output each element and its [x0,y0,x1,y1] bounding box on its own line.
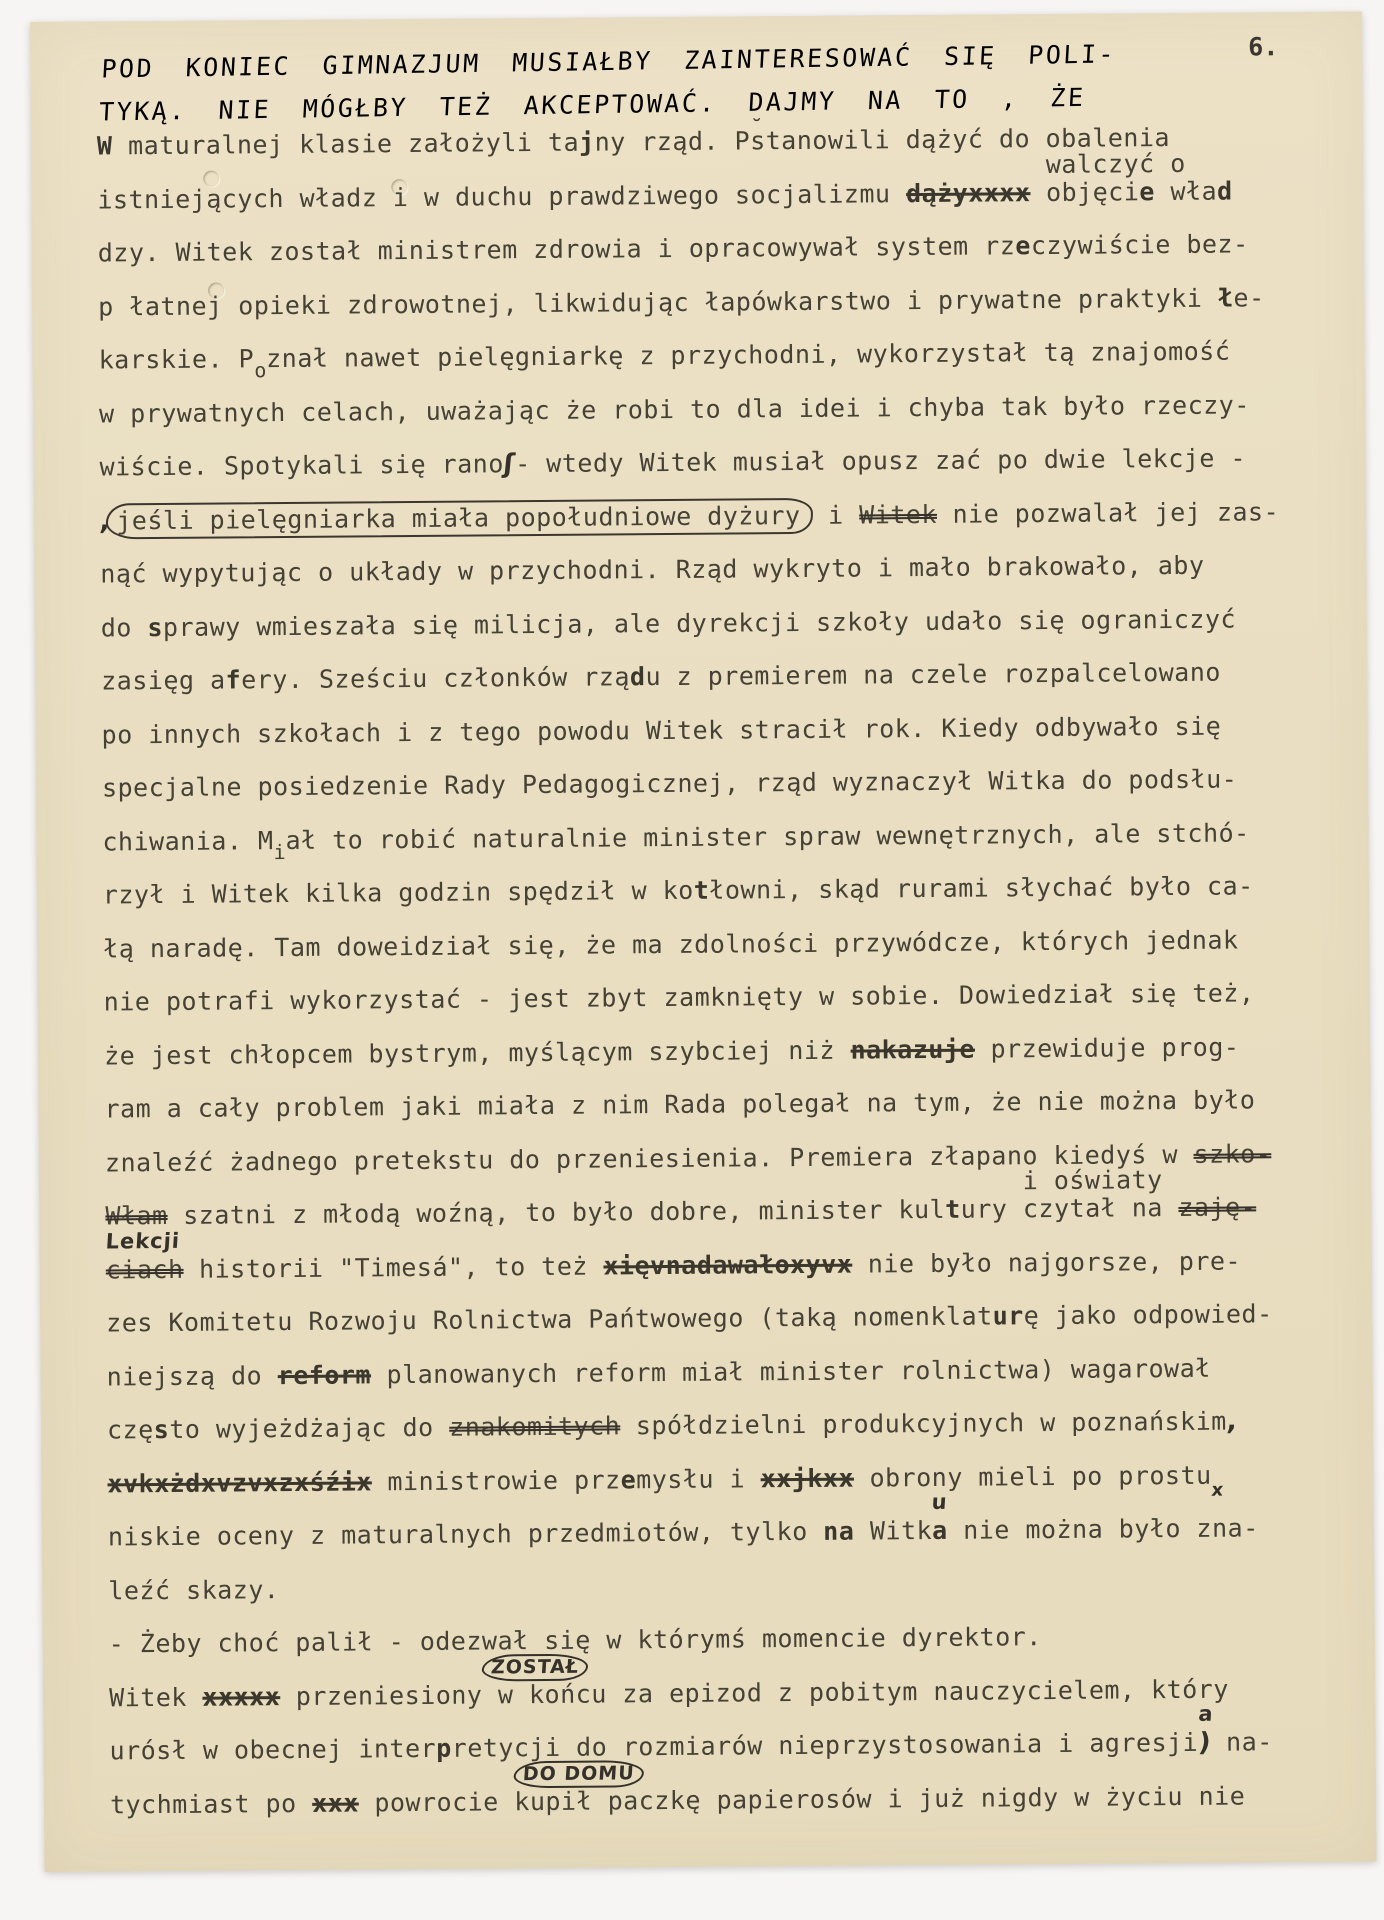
text-line: p łatnej opieki zdrowotnej, likwidując ł… [98,270,1338,333]
typed-overstruck-text: d [1217,176,1233,205]
typed-text: Witek [109,1682,203,1712]
text-line: tychmiast po xxx powrocie DO DOMUkupił p… [110,1768,1350,1831]
typed-text: szatni z młodą woźną, to było dobre, min… [167,1195,945,1230]
typed-overstruck-text: p [436,1734,452,1763]
typed-text: retycji do rozmiarów nieprzystosowania i… [452,1728,1199,1763]
typed-text: rzył i Witek kilka godzin spędził w ko [103,876,694,910]
text-line: istniejących władz i w duchu prawdziwego… [97,163,1337,226]
text-line: często wyjeżdżając do znakomitych spółdz… [107,1394,1347,1457]
text-line: rzył i Witek kilka godzin spędził w kotł… [103,859,1343,922]
typed-text: nie można było zna- [948,1513,1259,1544]
typed-text: ał to robić naturalnie minister spraw we… [285,818,1249,855]
typed-text: ery. Sześciu członków rzą [241,662,630,694]
text-line: po innych szkołach i z tego powodu Witek… [101,698,1341,761]
typed-overstruck-text: e [1139,177,1155,206]
typed-text: karskie. P [99,344,255,374]
text-line: nie potrafi wykorzystać - jest zbyt zamk… [103,966,1343,1029]
text-line: urósł w obecnej interpretycji do rozmiar… [109,1715,1349,1778]
typed-struckout-text: xxxxx [202,1682,280,1712]
text-line: Witek xxxxx przeniesionyZOSTAŁ w końcu z… [109,1661,1349,1724]
typed-text: ę jako odpowied- [1024,1299,1273,1330]
pen-scribbled-text: Włam [105,1201,167,1230]
typed-text: nąć wypytując o układy w przychodni. Rzą… [100,551,1204,589]
pen-scribbled-text: ciach [106,1254,184,1284]
typed-text [1030,178,1046,207]
typed-text: prawy wmieszała się milicja, ale dyrekcj… [163,604,1236,641]
typed-text: - Żeby choć palił - odezwał się w którym… [109,1622,1042,1658]
typed-text: i [812,500,859,529]
typed-text: niejszą do [107,1361,278,1391]
typed-overstruck-text: ur [993,1301,1024,1330]
typed-text: dzy. Witek został ministrem zdrowia i op… [98,231,1016,267]
typed-text: mysłu i [636,1464,761,1494]
typed-text: Witk [854,1516,932,1546]
typed-struckout-text: dążyxxxx [906,178,1031,208]
text-line: niskie oceny z maturalnych przedmiotów, … [108,1501,1348,1564]
typed-text: w końcu za epizod z pobitym nauczycielem… [482,1674,1229,1709]
typed-text: zasięg a [101,665,226,695]
typed-text: łą naradę. Tam doweidział się, że ma zdo… [103,925,1238,963]
typed-text: objęci [1046,177,1140,207]
typed-text: czytał na [1023,1193,1179,1223]
typed-struckout-text: xxjkxx [761,1463,855,1493]
typed-text: leźć skazy. [108,1575,279,1605]
document-page: POD KONIEC GIMNAZJUM MUSIAŁBY ZAINTERESO… [30,12,1376,1872]
typed-subscript-insert: i [273,826,285,880]
typed-text: nie potrafi wykorzystać - jest zbyt zamk… [104,978,1255,1016]
typed-text: do [101,613,148,642]
typed-struckout-text: xvkxżdxvzvxzxśźix [107,1467,372,1498]
text-line: chiwania. Miał to robić naturalnie minis… [102,805,1342,868]
typed-text: historii "Timesá", to też [183,1251,603,1283]
typed-text: w prywatnych celach, uważając że robi to… [99,390,1250,428]
typed-text: zes Komitetu Rozwoju Rolnictwa Pańtwoweg… [106,1301,993,1337]
typed-struckout-text: nakazuje [850,1034,975,1064]
typed-subscript-insert: o [254,344,266,398]
typed-text: urósł w obecnej inter [109,1734,436,1766]
text-line: niejszą do reform planowanych reform mia… [106,1340,1346,1403]
handwritten-circled-word: DO DOMU [513,1760,644,1788]
typed-text: ministrowie prz [372,1465,621,1496]
typed-text: to wyjeżdżając do [169,1413,449,1444]
text-line: Włam szatni z młodą woźną, to było dobre… [105,1180,1345,1243]
typewritten-body: W maturalnej klasie założyli tajny rząd.… [97,110,1350,1832]
typed-overstruck-text: j [579,128,595,157]
typed-text: chiwania. M [102,826,273,856]
typed-overstruck-text: e [1015,231,1031,260]
typed-text: - wtedy Witek musiał opusz zać po dwie l… [515,443,1246,478]
typed-overstruck-text: a [932,1516,948,1545]
handwritten-circled-word: ZOSTAŁ [481,1653,589,1681]
text-line: do sprawy wmieszała się milicja, ale dyr… [101,591,1341,654]
text-line: że jest chłopcem bystrym, myślącym szybc… [104,1019,1344,1082]
typed-text: nie pozwalał jej zas- [937,497,1279,529]
typed-text: przeniesiony [280,1680,482,1711]
typed-text: istniejących władz i w duchu prawdziwego… [97,179,906,214]
pen-scribbled-text: Witek [859,499,937,529]
typed-overstruck-text: s [147,612,163,641]
pen-scribbled-text: znakomitych [449,1411,620,1441]
typed-overstruck-text: s [154,1415,170,1444]
text-line: łą naradę. Tam doweidział się, że ma zdo… [103,912,1343,975]
typed-text: spółdzielni produkcyjnych w poznańskim [620,1407,1227,1441]
text-line: - Żeby choć palił - odezwał się w którym… [109,1608,1349,1671]
typed-text: powrocie [359,1787,515,1817]
typed-text: znał nawet pielęgniarkę z przychodni, wy… [266,337,1230,374]
typed-overstruck-text: W [97,131,113,160]
typed-text: niskie oceny z maturalnych przedmiotów, … [108,1517,824,1552]
typed-text: na- [1210,1727,1272,1756]
typed-text: przewiduje prog- [975,1032,1240,1063]
typed-text: po innych szkołach i z tego powodu Witek… [101,711,1221,749]
typed-text: planowanych reform miał minister rolnict… [371,1353,1211,1389]
typed-overstruck-text: ł [1218,283,1234,312]
text-line: dzy. Witek został ministrem zdrowia i op… [98,217,1338,280]
typed-text: maturalnej klasie założyli ta [112,128,579,161]
typed-text: że jest chłopcem bystrym, myślącym szybc… [104,1035,851,1070]
text-line: wiście. Spotykali się ranoʃ- wtedy Witek… [99,431,1339,494]
typed-text: specjalne posiedzenie Rady Pedagogicznej… [102,765,1237,803]
typed-text: u z premierem na czele rozpalcelowano [645,658,1221,692]
typed-text: nie było najgorsze, pre- [852,1246,1241,1278]
typed-overstruck-text: d [630,662,646,691]
text-line: ram a cały problem jaki miała z nim Rada… [104,1073,1344,1136]
typed-struckout-text: xięvnadawałoxyvx [603,1249,852,1280]
handwritten-mark: , [1224,1396,1240,1450]
typed-overstruck-text: na [823,1517,854,1546]
typed-text: wła [1155,176,1217,205]
typed-text: łowni, skąd rurami słychać było ca- [709,871,1254,904]
scan-background: POD KONIEC GIMNAZJUM MUSIAŁBY ZAINTERESO… [0,0,1384,1920]
typed-text: ury [961,1194,1023,1223]
text-line: xvkxżdxvzvxzxśźix ministrowie przemysłu … [107,1447,1347,1510]
typed-text: tychmiast po [110,1788,312,1819]
text-line: zasięg afery. Sześciu członków rządu z p… [101,645,1341,708]
text-line: nąć wypytując o układy w przychodni. Rzą… [100,538,1340,601]
typed-text: ny rząd. P [595,126,751,156]
typed-overstruck-text: t [945,1195,961,1224]
pen-scribbled-text: szko- [1193,1139,1271,1169]
text-line: karskie. Poznał nawet pielęgniarkę z prz… [98,324,1338,387]
text-line: Lekcjiciach historii "Timesá", to też xi… [106,1233,1346,1296]
text-line: specjalne posiedzenie Rady Pedagogicznej… [102,752,1342,815]
text-line: w prywatnych celach, uważając że robi to… [99,377,1339,440]
typed-struckout-text: xxx [312,1788,359,1817]
typed-struckout-text: reform [278,1360,372,1390]
typed-overstruck-text: e [621,1465,637,1494]
text-line: ,jeśli pielęgniarka miała popołudniowe d… [100,484,1340,547]
typed-overstruck-text: t [694,876,710,905]
pen-circled-phrase: jeśli pielęgniarka miała popołudniowe dy… [106,497,813,539]
pen-scribbled-text: zaję- [1178,1192,1256,1222]
typed-text: obrony mieli po prostu [854,1460,1212,1492]
text-line: leźć skazy. [108,1554,1348,1617]
typed-text: czę [107,1415,154,1444]
text-line: zes Komitetu Rozwoju Rolnictwa Pańtwoweg… [106,1287,1346,1350]
typed-text: wiście. Spotykali się rano [99,449,504,481]
typed-text: czywiście bez- [1031,229,1249,260]
typed-text: ram a cały problem jaki miała z nim Rada… [104,1085,1255,1123]
page-number: 6. [1248,32,1278,61]
typed-overstruck-text: f [225,665,241,694]
typed-text: p łatnej opieki zdrowotnej, likwidując ł… [98,283,1218,321]
typed-text: e- [1233,283,1264,312]
